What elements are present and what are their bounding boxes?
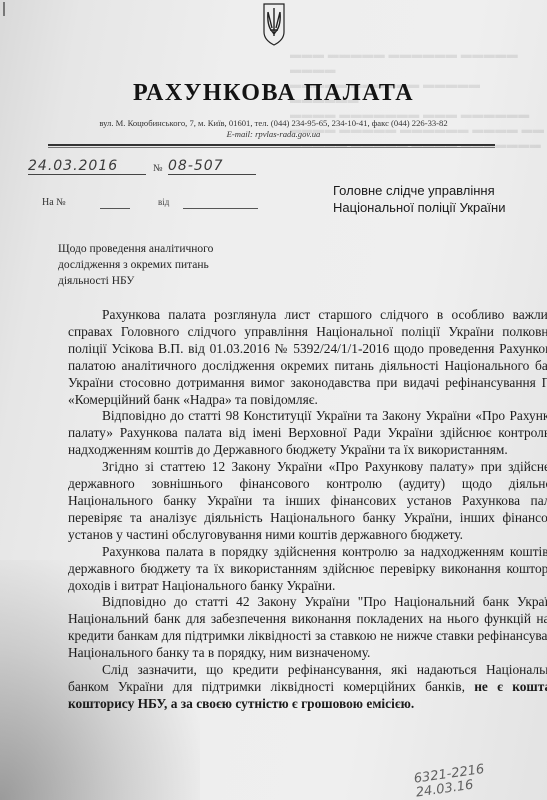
coat-of-arms-icon bbox=[262, 2, 286, 46]
paragraph: Рахункова палата розглянула лист старшог… bbox=[68, 307, 547, 408]
registration-date: 24.03.2016 bbox=[28, 158, 146, 175]
letter-body: Рахункова палата розглянула лист старшог… bbox=[68, 307, 547, 713]
from-blank bbox=[183, 208, 258, 209]
subject-line: дослідження з окремих питань bbox=[58, 257, 258, 273]
incoming-stamp-handwritten: 6321-2216 24.03.16 bbox=[413, 758, 527, 800]
paragraph: Рахункова палата в порядку здійснення ко… bbox=[68, 544, 547, 595]
subject-line: діяльності НБУ bbox=[58, 273, 258, 289]
reply-to-blank bbox=[100, 208, 130, 209]
from-label: від bbox=[158, 197, 169, 207]
registration-number-label: № bbox=[153, 163, 163, 174]
paragraph: Відповідно до статті 42 Закону України "… bbox=[68, 594, 547, 662]
addressee-line: Національної поліції України bbox=[333, 199, 505, 216]
letterhead-divider bbox=[48, 144, 495, 146]
address-line: вул. М. Коцюбинського, 7, м. Київ, 01601… bbox=[0, 118, 547, 129]
letterhead-divider-thin bbox=[48, 147, 495, 148]
org-title: РАХУНКОВА ПАЛАТА bbox=[0, 80, 547, 107]
paragraph: Слід зазначити, що кредити рефінансуванн… bbox=[68, 662, 547, 713]
paragraph: Відповідно до статті 98 Конституції Укра… bbox=[68, 408, 547, 459]
email-line: E-mail: rpvlas-rada.gov.ua bbox=[0, 129, 547, 140]
addressee-line: Головне слідче управління bbox=[333, 182, 505, 199]
subject-line: Щодо проведення аналітичного bbox=[58, 241, 258, 257]
addressee: Головне слідче управління Національної п… bbox=[333, 182, 505, 216]
subject: Щодо проведення аналітичного дослідження… bbox=[58, 241, 258, 289]
registration-number: 08-507 bbox=[168, 158, 256, 175]
reply-to-label: На № bbox=[42, 197, 66, 208]
scan-corner-mark bbox=[3, 2, 5, 16]
letterhead-address: вул. М. Коцюбинського, 7, м. Київ, 01601… bbox=[0, 118, 547, 140]
paragraph: Згідно зі статтею 12 Закону України «Про… bbox=[68, 459, 547, 544]
